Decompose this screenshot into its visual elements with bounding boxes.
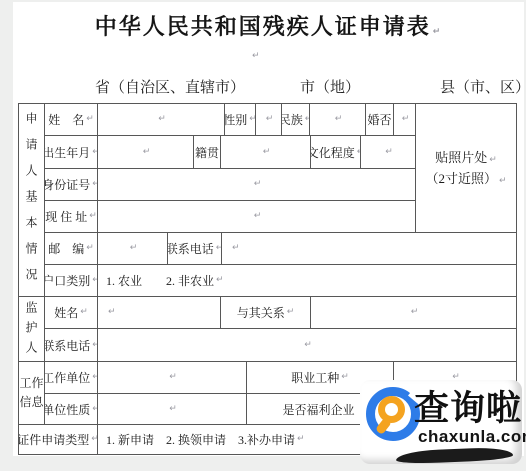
city-label: 市（地） — [300, 76, 360, 97]
field-label-guardian-relation: 与其关系↵ — [221, 297, 311, 329]
field-value-postcode: ↵ — [98, 233, 168, 265]
section-label-guardian: 监护人 — [19, 297, 45, 362]
field-label-unit-nature: 单位性质↵ — [45, 394, 98, 425]
table-row: 户口类别↵ 1. 农业 2. 非农业↵ — [19, 265, 516, 297]
field-value-ethnic: ↵ — [310, 104, 366, 136]
field-label-birth: 出生年月↵ — [45, 136, 98, 169]
paragraph-mark-icon: ↵ — [433, 27, 443, 37]
field-label-work-unit: 工作单位↵ — [45, 362, 98, 394]
field-label-native: 籍贯 — [194, 136, 221, 169]
watermark-domain-text: chaxunla.com — [418, 427, 526, 447]
photo-placeholder-cell: 贴照片处↵ （2寸近照）↵ — [416, 104, 516, 233]
field-label-id-number: 身份证号↵ — [45, 169, 98, 201]
field-label-gender: 性别↵ — [225, 104, 256, 136]
field-label-name: 姓 名↵ — [45, 104, 98, 136]
field-label-postcode: 邮 编↵ — [45, 233, 98, 265]
logo-magnifier-ring — [378, 396, 405, 423]
field-value-gender: ↵ — [256, 104, 282, 136]
field-label-marital: 婚否 — [366, 104, 394, 136]
chaxunla-logo-icon — [366, 387, 420, 441]
field-value-phone: ↵ — [222, 233, 516, 265]
section-label-work-info: 工作信息 — [19, 362, 45, 425]
field-value-education: ↵ — [361, 136, 416, 169]
table-row: 姓名↵ ↵ 与其关系↵ ↵ — [19, 297, 516, 329]
field-label-guardian-phone: 联系电话↵ — [45, 329, 98, 362]
field-value-birth: ↵ — [98, 136, 194, 169]
field-options-hukou: 1. 农业 2. 非农业↵ — [98, 265, 516, 297]
field-value-guardian-relation: ↵ — [311, 297, 516, 329]
field-value-marital: ↵ — [394, 104, 416, 136]
table-row: 联系电话↵ ↵ — [19, 329, 516, 362]
field-value-work-unit: ↵ — [98, 362, 247, 394]
field-value-guardian-phone: ↵ — [98, 329, 516, 362]
form-title: 中华人民共和国残疾人证申请表↵ — [13, 10, 524, 41]
field-value-guardian-name: ↵ — [98, 297, 221, 329]
field-label-phone: 联系电话↵ — [168, 233, 222, 265]
field-label-address: 现 住 址↵ — [45, 201, 98, 233]
field-value-address: ↵ — [98, 201, 416, 233]
field-value-id-number: ↵ — [98, 169, 416, 201]
field-label-ethnic: 民族↵ — [282, 104, 310, 136]
section-label-applicant-info: 申请人基本情况 — [19, 104, 45, 297]
field-value-native: ↵ — [221, 136, 311, 169]
field-label-education: 文化程度↵ — [311, 136, 361, 169]
watermark-brand-text: 查询啦 — [414, 381, 522, 431]
field-value-unit-nature: ↵ — [98, 394, 247, 425]
province-label: 省（自治区、直辖市） — [95, 76, 245, 97]
field-label-application-type: 证件申请类型↵ — [19, 425, 98, 454]
region-line: 省（自治区、直辖市） 市（地） 县（市、区）↵ — [0, 76, 526, 96]
field-value-name: ↵ — [98, 104, 225, 136]
field-label-hukou-type: 户口类别↵ — [45, 265, 98, 297]
county-label: 县（市、区）↵ — [440, 76, 526, 97]
paragraph-mark-icon: ↵ — [252, 52, 260, 61]
field-label-guardian-name: 姓名↵ — [45, 297, 98, 329]
table-row: 邮 编↵ ↵ 联系电话↵ ↵ — [19, 233, 516, 265]
